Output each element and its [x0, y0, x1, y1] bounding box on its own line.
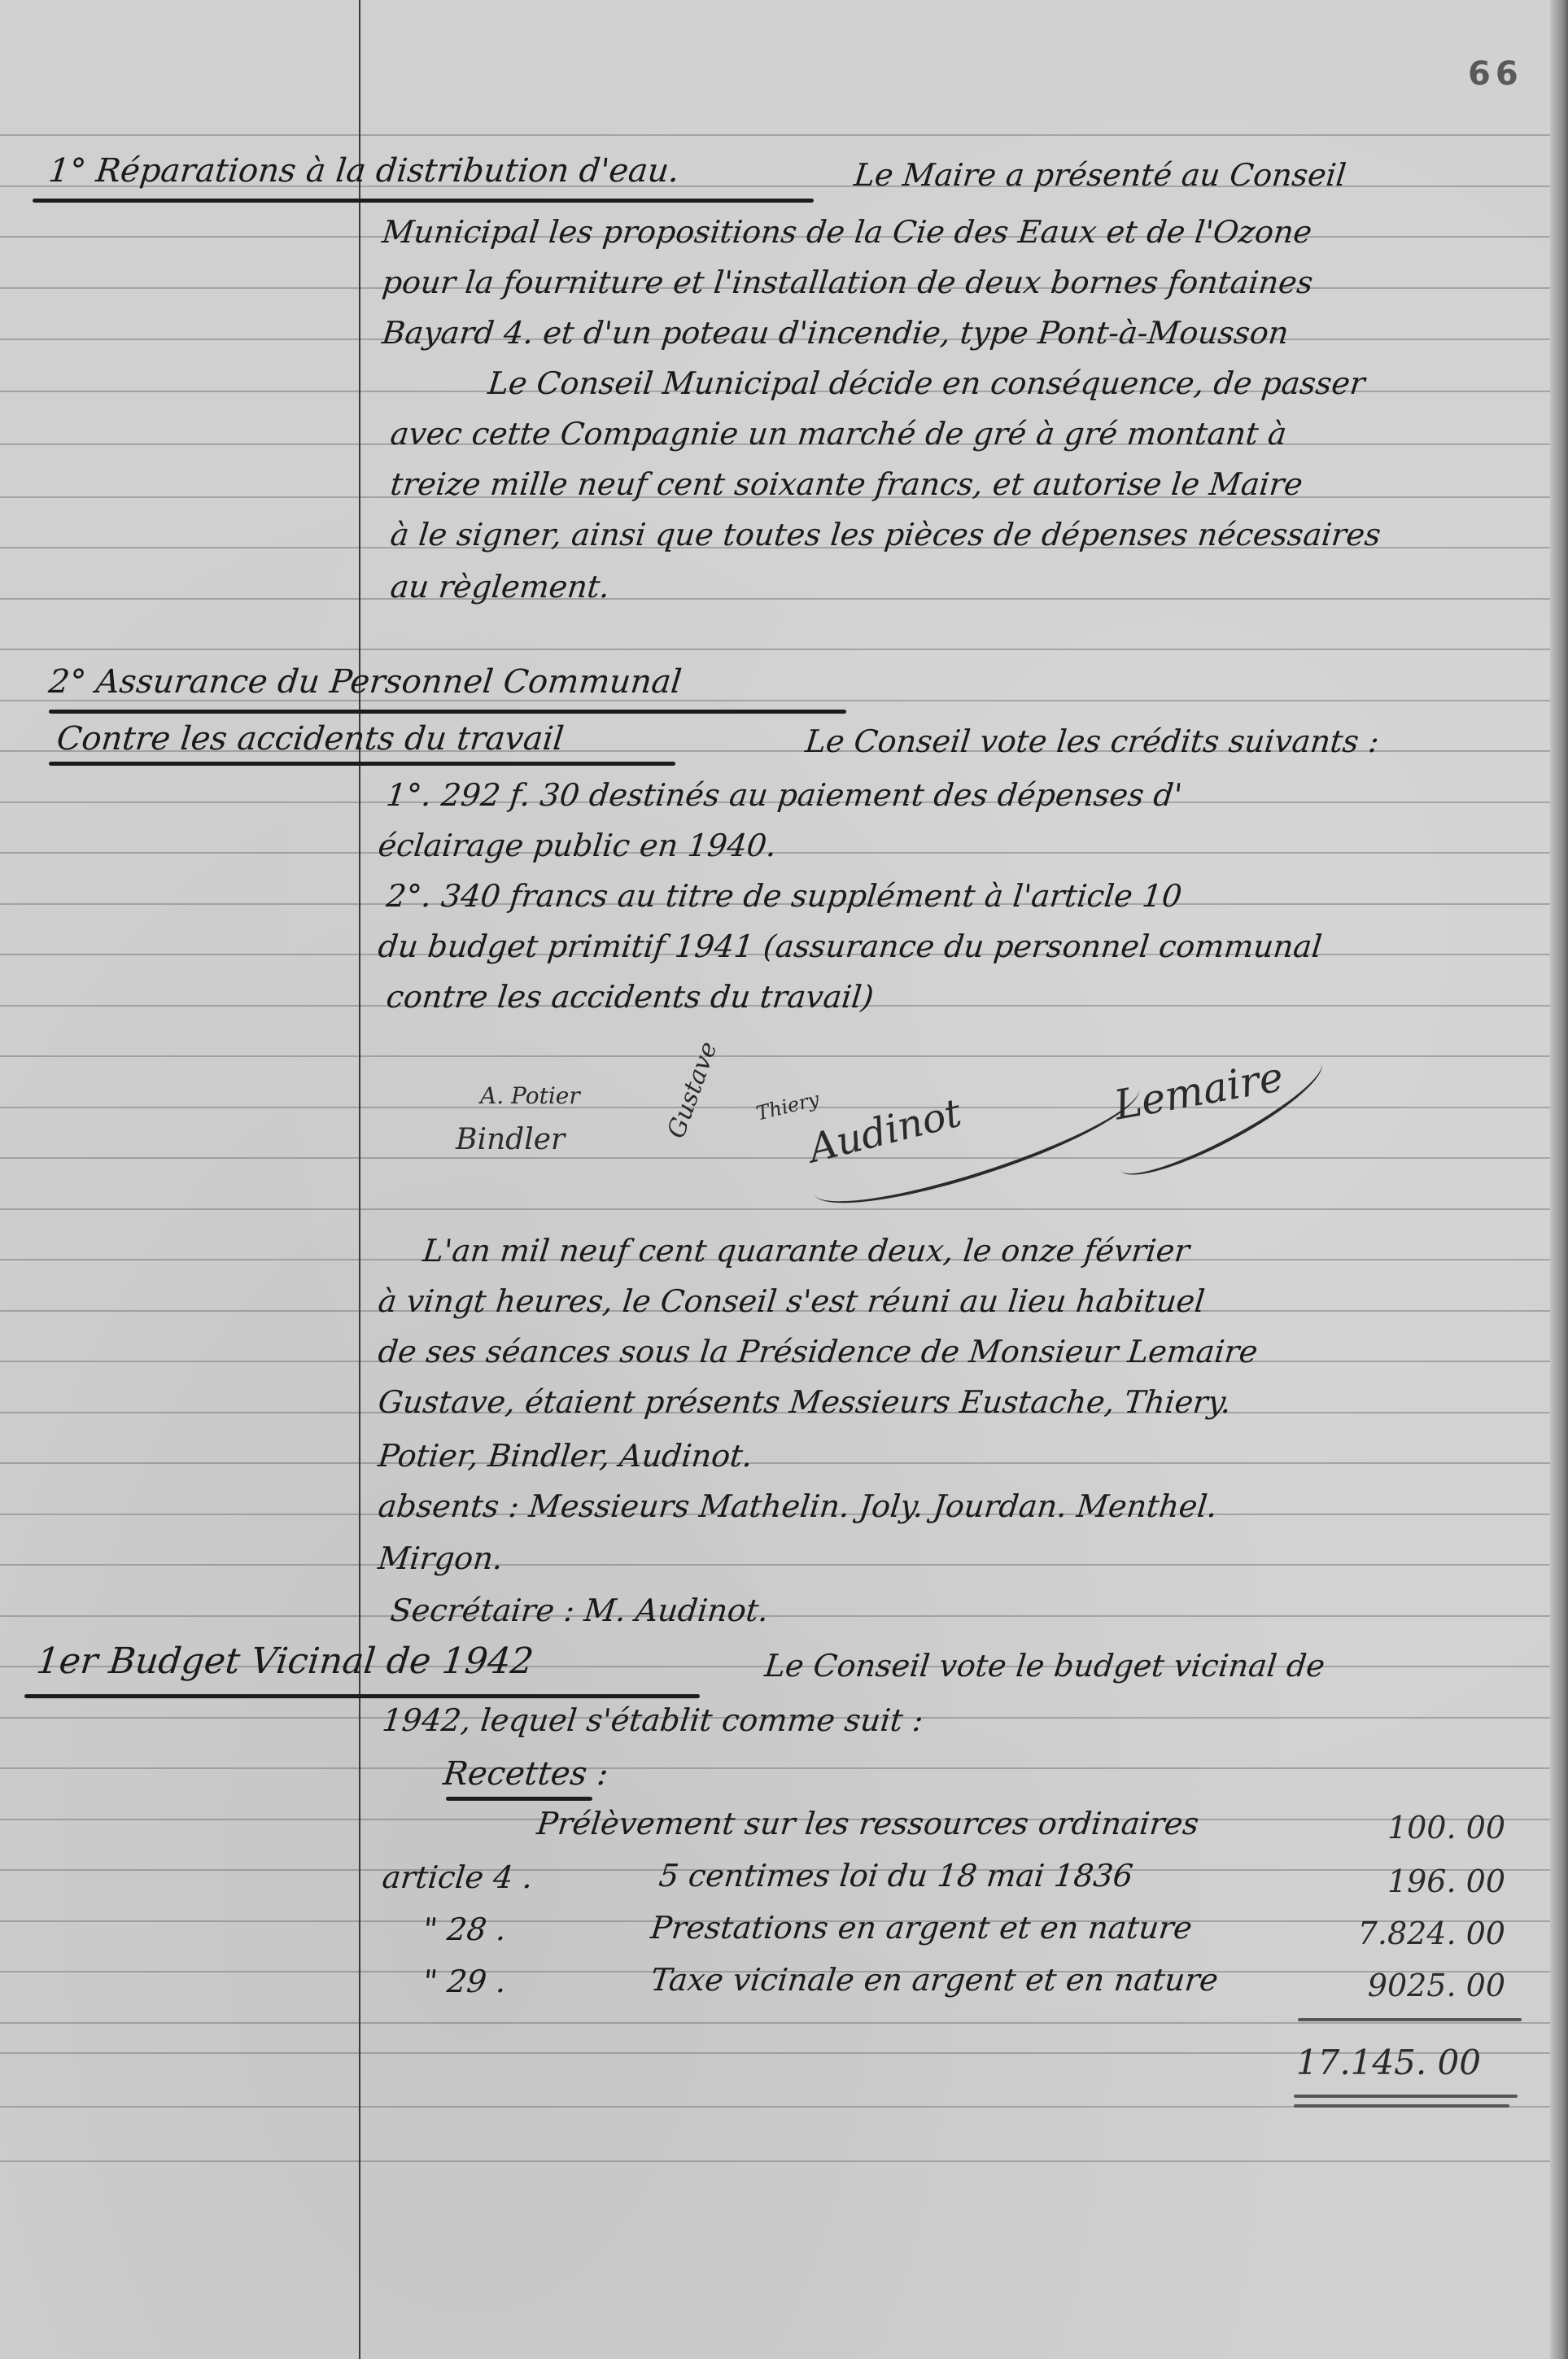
signature: Thiery — [754, 1087, 822, 1125]
ledger-row-label: Prestations en argent et en nature — [649, 1912, 1194, 1943]
signature: Bindler — [456, 1123, 565, 1156]
section1-line: Le Maire a présenté au Conseil — [853, 159, 1347, 190]
session-line: absents : Messieurs Mathelin. Joly. Jour… — [377, 1491, 1219, 1522]
section2-line: 2°. 340 francs au titre de supplément à … — [385, 880, 1183, 911]
page-edge-shadow — [1550, 0, 1568, 2359]
section1-line: Bayard 4. et d'un poteau d'incendie, typ… — [381, 317, 1290, 348]
ledger-total: 17.145. 00 — [1269, 2042, 1481, 2082]
ledger-row-article: " 28 . — [421, 1914, 508, 1945]
ledger-row-article: " 29 . — [421, 1966, 508, 1997]
ruled-line — [0, 1767, 1550, 1769]
ruled-line — [0, 1157, 1550, 1159]
margin-line — [359, 0, 360, 2359]
ruled-line — [0, 134, 1550, 136]
section1-line: avec cette Compagnie un marché de gré à … — [389, 418, 1288, 449]
section3-line: Le Conseil vote le budget vicinal de — [763, 1650, 1326, 1681]
ledger-row-article: article 4 . — [381, 1862, 535, 1893]
ruled-line — [0, 1564, 1550, 1566]
section2-line: 1°. 292 f. 30 destinés au paiement des d… — [385, 780, 1184, 810]
page-number: 66 — [1468, 55, 1523, 93]
total-double-rule — [1294, 2095, 1518, 2098]
secretary-line: Secrétaire : M. Audinot. — [389, 1595, 770, 1626]
heading-underline — [33, 199, 814, 203]
section2-line: du budget primitif 1941 (assurance du pe… — [377, 931, 1323, 962]
ledger-row-label: Prélèvement sur les ressources ordinaire… — [535, 1808, 1200, 1839]
signature: Gustave — [662, 1038, 723, 1142]
total-double-rule — [1294, 2104, 1509, 2108]
section3-line: 1942, lequel s'établit comme suit : — [381, 1705, 924, 1736]
session-line: L'an mil neuf cent quarante deux, le onz… — [421, 1235, 1191, 1266]
section1-line: à le signer, ainsi que toutes les pièces… — [389, 519, 1382, 550]
section1-line: pour la fourniture et l'installation de … — [381, 267, 1314, 298]
heading-underline — [49, 762, 675, 766]
heading-underline — [49, 710, 846, 714]
ruled-line — [0, 2022, 1550, 2024]
ledger-row-amount: 9025. 00 — [1294, 1968, 1505, 2003]
heading-underline — [24, 1694, 700, 1698]
section1-heading: 1° Réparations à la distribution d'eau. — [47, 155, 681, 187]
section3-heading: 1er Budget Vicinal de 1942 — [35, 1644, 535, 1680]
recettes-label: Recettes : — [442, 1758, 610, 1790]
ruled-line — [0, 1055, 1550, 1057]
recettes-underline — [446, 1797, 592, 1801]
ruled-line — [0, 1462, 1550, 1464]
section2-heading-line1: 2° Assurance du Personnel Communal — [47, 666, 684, 698]
section2-line: Le Conseil vote les crédits suivants : — [804, 726, 1381, 757]
section2-heading-line2: Contre les accidents du travail — [55, 723, 566, 755]
ledger-row-label: 5 centimes loi du 18 mai 1836 — [657, 1860, 1134, 1891]
section2-line: contre les accidents du travail) — [385, 981, 876, 1012]
ledger-row-amount: 7.824. 00 — [1294, 1916, 1505, 1951]
ledger-row-amount: 196. 00 — [1294, 1863, 1505, 1899]
ruled-line — [0, 1615, 1550, 1617]
ruled-line — [0, 2160, 1550, 2162]
section2-line: éclairage public en 1940. — [377, 830, 778, 861]
session-line: de ses séances sous la Présidence de Mon… — [377, 1336, 1259, 1367]
section1-line: Le Conseil Municipal décide en conséquen… — [487, 368, 1366, 399]
ledger-row-label: Taxe vicinale en argent et en nature — [649, 1964, 1220, 1995]
session-line: Gustave, étaient présents Messieurs Eust… — [377, 1387, 1233, 1418]
ruled-line — [0, 598, 1550, 600]
session-line: Mirgon. — [377, 1543, 504, 1574]
session-line: à vingt heures, le Conseil s'est réuni a… — [377, 1286, 1206, 1317]
total-rule — [1298, 2018, 1522, 2021]
register-page: 66 1° Réparations à la distribution d'ea… — [0, 0, 1568, 2359]
ledger-row-amount: 100. 00 — [1294, 1810, 1505, 1846]
session-line: Potier, Bindler, Audinot. — [377, 1440, 754, 1471]
section1-line: treize mille neuf cent soixante francs, … — [389, 469, 1304, 500]
section1-line: Municipal les propositions de la Cie des… — [381, 216, 1313, 247]
signature: A. Potier — [480, 1082, 580, 1109]
ruled-line — [0, 1208, 1550, 1210]
ruled-line — [0, 649, 1550, 650]
section1-line: au règlement. — [389, 571, 611, 602]
